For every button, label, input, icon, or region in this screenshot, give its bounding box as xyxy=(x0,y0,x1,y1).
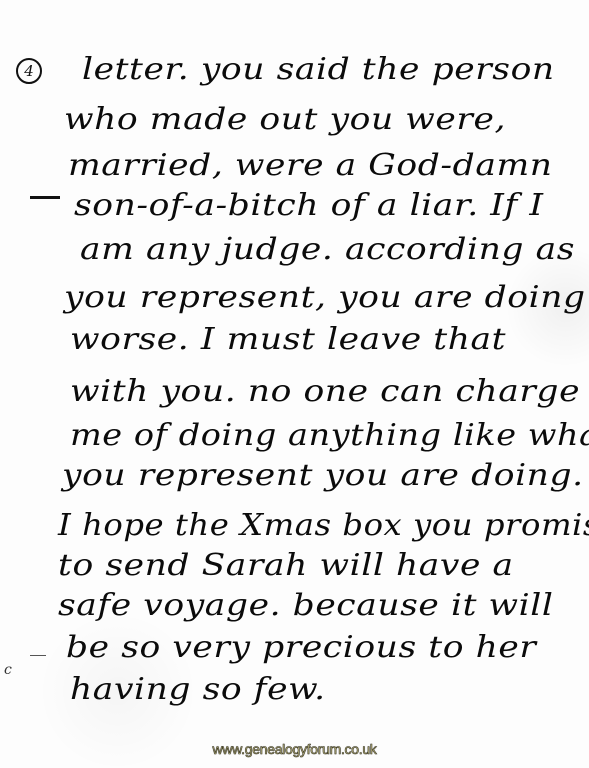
letter-line: married, were a God-damn xyxy=(68,148,553,183)
letter-line: be so very precious to her xyxy=(66,630,536,665)
letter-line: am any judge. according as xyxy=(80,232,575,267)
letter-line: letter. you said the person xyxy=(82,52,555,87)
scanned-letter-page: 4 letter. you said the person who made o… xyxy=(0,0,589,768)
circled-page-number: 4 xyxy=(16,58,42,84)
letter-line: to send Sarah will have a xyxy=(58,548,514,583)
letter-line: me of doing anything like wha xyxy=(70,418,589,453)
letter-line: who made out you were, xyxy=(64,102,506,137)
letter-line: you represent, you are doing xyxy=(64,280,586,315)
letter-line: safe voyage. because it will xyxy=(58,588,553,623)
letter-line: worse. I must leave that xyxy=(70,322,506,357)
letter-line: you represent you are doing. xyxy=(62,458,584,493)
letter-line: son-of-a-bitch of a liar. If I xyxy=(74,188,544,223)
letter-line: I hope the Xmas box you promis xyxy=(58,508,589,543)
margin-annotation: c xyxy=(4,662,12,678)
watermark: www.genealogyforum.co.uk xyxy=(0,741,589,757)
margin-dash-mark xyxy=(30,196,60,199)
margin-tick xyxy=(30,655,46,656)
letter-line: having so few. xyxy=(70,672,326,707)
letter-line: with you. no one can charge xyxy=(70,374,580,409)
